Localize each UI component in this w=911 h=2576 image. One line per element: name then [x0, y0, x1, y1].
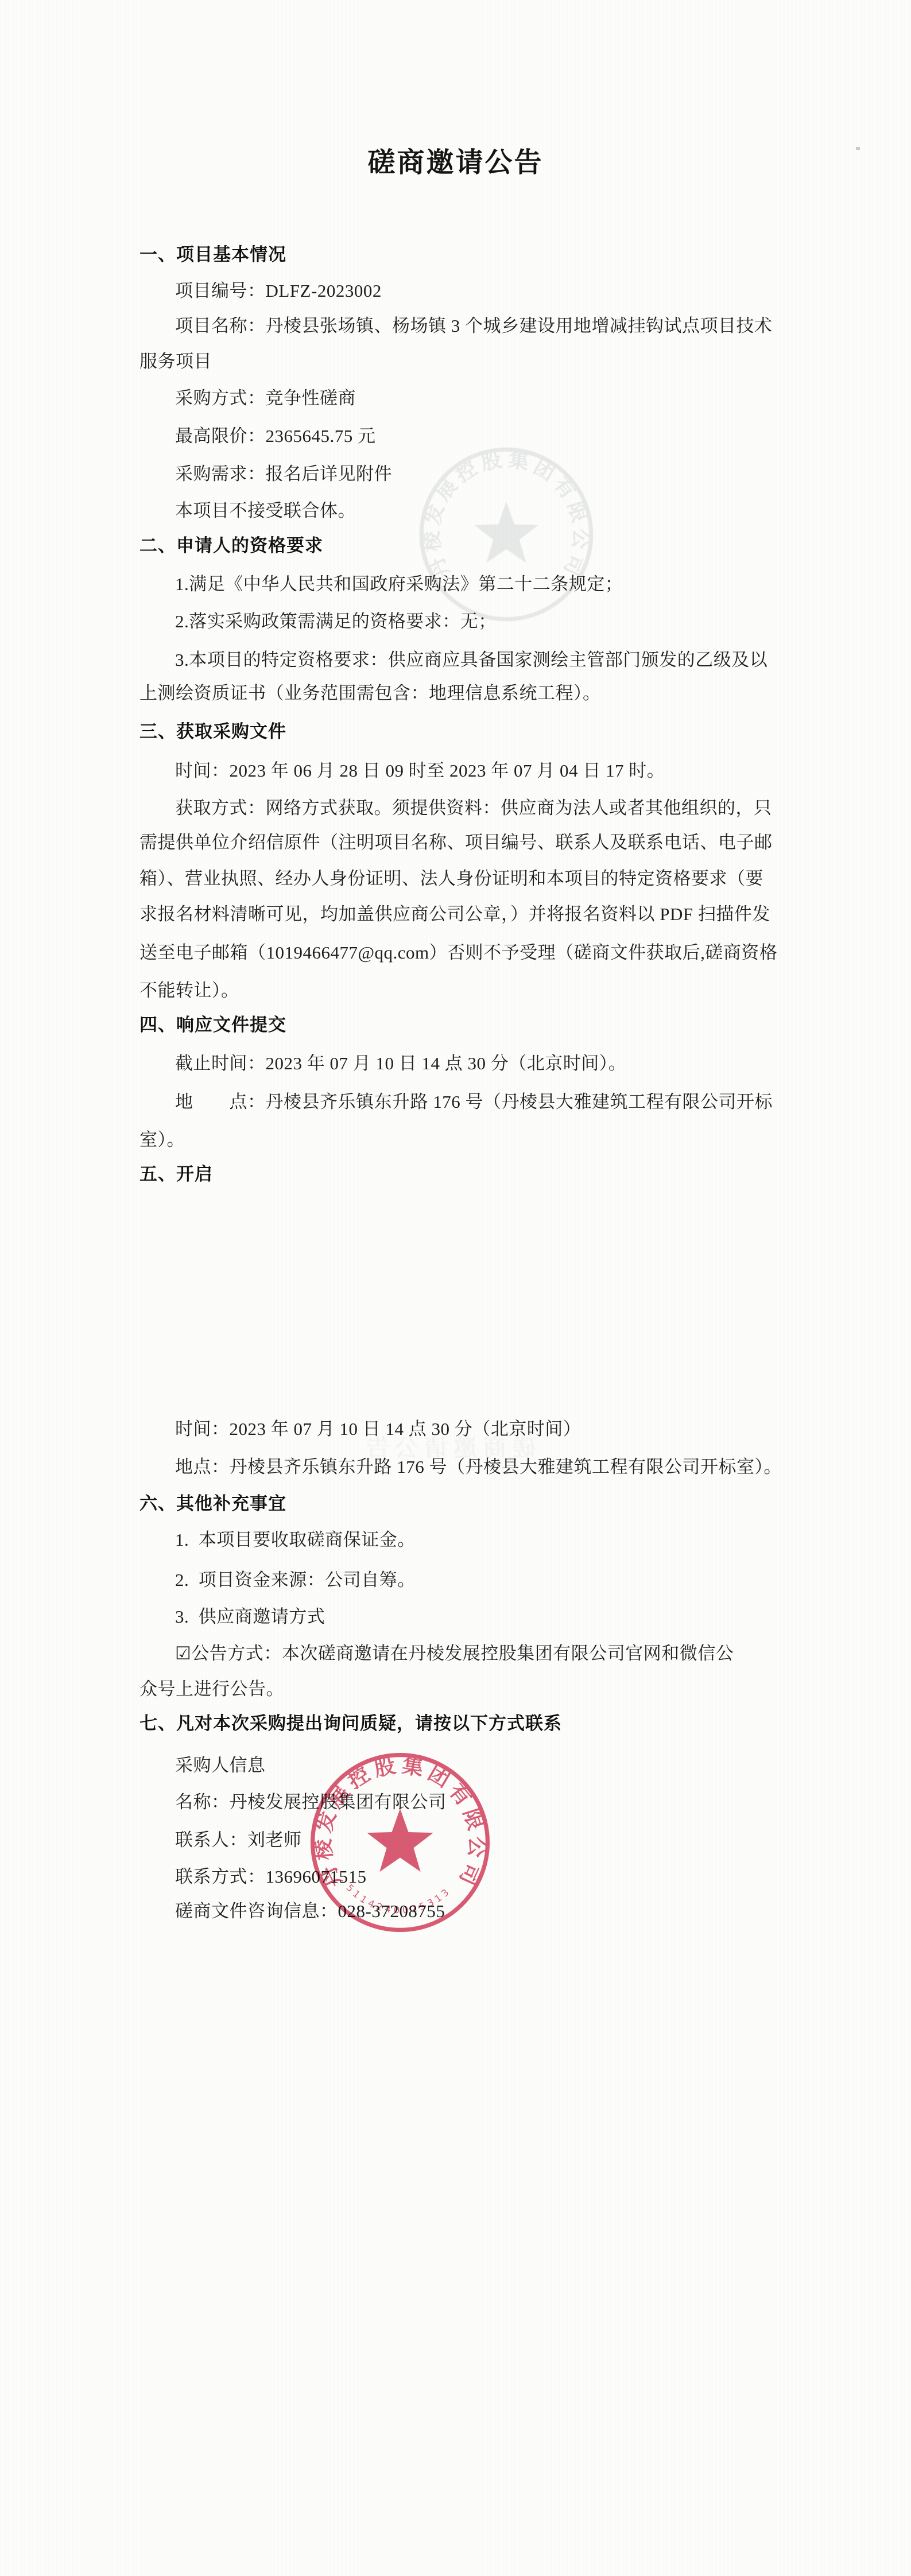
- doc-line: 2. 项目资金来源：公司自筹。: [175, 1565, 416, 1591]
- doc-line: 本项目不接受联合体。: [175, 496, 356, 522]
- doc-line: 获取方式：网络方式获取。须提供资料：供应商为法人或者其他组织的，只: [175, 793, 772, 819]
- doc-line: 众号上进行公告。: [139, 1674, 284, 1700]
- doc-line: 名称：丹棱发展控股集团有限公司: [175, 1787, 447, 1813]
- doc-line: 箱）、营业执照、经办人身份证明、法人身份证明和本项目的特定资格要求（要: [139, 864, 763, 890]
- faint-company-seal-watermark: 丹棱发展控股集团有限公司: [415, 443, 598, 626]
- doc-line: 1.满足《中华人民共和国政府采购法》第二十二条规定；: [175, 569, 623, 595]
- doc-line: 1. 本项目要收取磋商保证金。: [175, 1525, 416, 1551]
- doc-line: 时间：2023 年 06 月 28 日 09 时至 2023 年 07 月 04…: [175, 756, 665, 782]
- doc-line: 最高限价：2365645.75 元: [175, 421, 376, 447]
- doc-line: 联系人：刘老师: [175, 1825, 302, 1851]
- doc-line: 项目编号：DLFZ-2023002: [175, 276, 382, 302]
- doc-line: ☑公告方式：本次磋商邀请在丹棱发展控股集团有限公司官网和微信公: [175, 1639, 734, 1665]
- doc-line: 项目名称：丹棱县张场镇、杨场镇 3 个城乡建设用地增减挂钩试点项目技术: [175, 311, 773, 337]
- doc-line: 求报名材料清晰可见，均加盖供应商公司公章，）并将报名资料以 PDF 扫描件发: [139, 899, 770, 925]
- doc-line: 上测绘资质证书（业务范围需包含：地理信息系统工程）。: [139, 678, 601, 704]
- watermark-seal-company-text: 丹棱发展控股集团有限公司: [420, 448, 593, 581]
- scanned-document-page: 磋商邀请公告 一、项目基本情况项目编号：DLFZ-2023002项目名称：丹棱县…: [0, 0, 911, 2576]
- watermark-star-icon: [474, 502, 538, 563]
- section-heading: 三、获取采购文件: [139, 717, 286, 743]
- doc-line: 3.本项目的特定资格要求：供应商应具备国家测绘主管部门颁发的乙级及以: [175, 645, 767, 671]
- doc-line: 联系方式：13696071515: [175, 1862, 367, 1888]
- doc-line: 采购方式：竞争性磋商: [175, 383, 356, 409]
- svg-text:丹棱发展控股集团有限公司: 丹棱发展控股集团有限公司: [420, 448, 593, 581]
- section-heading: 四、响应文件提交: [139, 1010, 286, 1036]
- doc-line: 采购人信息: [175, 1751, 266, 1776]
- bleed-through-artifact: 磋商邀请公告: [360, 1429, 536, 1464]
- doc-line: 截止时间：2023 年 07 月 10 日 14 点 30 分（北京时间）。: [175, 1049, 626, 1074]
- doc-line: 室）。: [139, 1125, 185, 1151]
- doc-line: 2.落实采购政策需满足的资格要求：无；: [175, 607, 497, 633]
- section-heading: 六、其他补充事宜: [139, 1489, 286, 1515]
- section-heading: 二、申请人的资格要求: [139, 531, 323, 557]
- seal-star-icon: [367, 1809, 433, 1872]
- section-heading: 一、项目基本情况: [139, 240, 286, 266]
- doc-line: 需提供单位介绍信原件（注明项目名称、项目编号、联系人及联系电话、电子邮: [139, 828, 773, 854]
- scan-speck: [856, 147, 860, 150]
- doc-line: 磋商文件咨询信息：028-37208755: [175, 1896, 445, 1922]
- document-title: 磋商邀请公告: [0, 140, 911, 180]
- doc-line: 采购需求：报名后详见附件: [175, 459, 392, 485]
- section-heading: 五、开启: [139, 1159, 213, 1185]
- doc-line: 送至电子邮箱（1019466477@qq.com）否则不予受理（磋商文件获取后,…: [139, 938, 777, 964]
- doc-line: 地 点：丹棱县齐乐镇东升路 176 号（丹棱县大雅建筑工程有限公司开标: [175, 1087, 773, 1113]
- scan-speck: [325, 1656, 327, 1658]
- doc-line: 不能转让）。: [139, 976, 239, 1002]
- section-heading: 七、凡对本次采购提出询问质疑，请按以下方式联系: [139, 1709, 562, 1735]
- doc-line: 3. 供应商邀请方式: [175, 1602, 325, 1628]
- doc-line: 服务项目: [139, 347, 212, 373]
